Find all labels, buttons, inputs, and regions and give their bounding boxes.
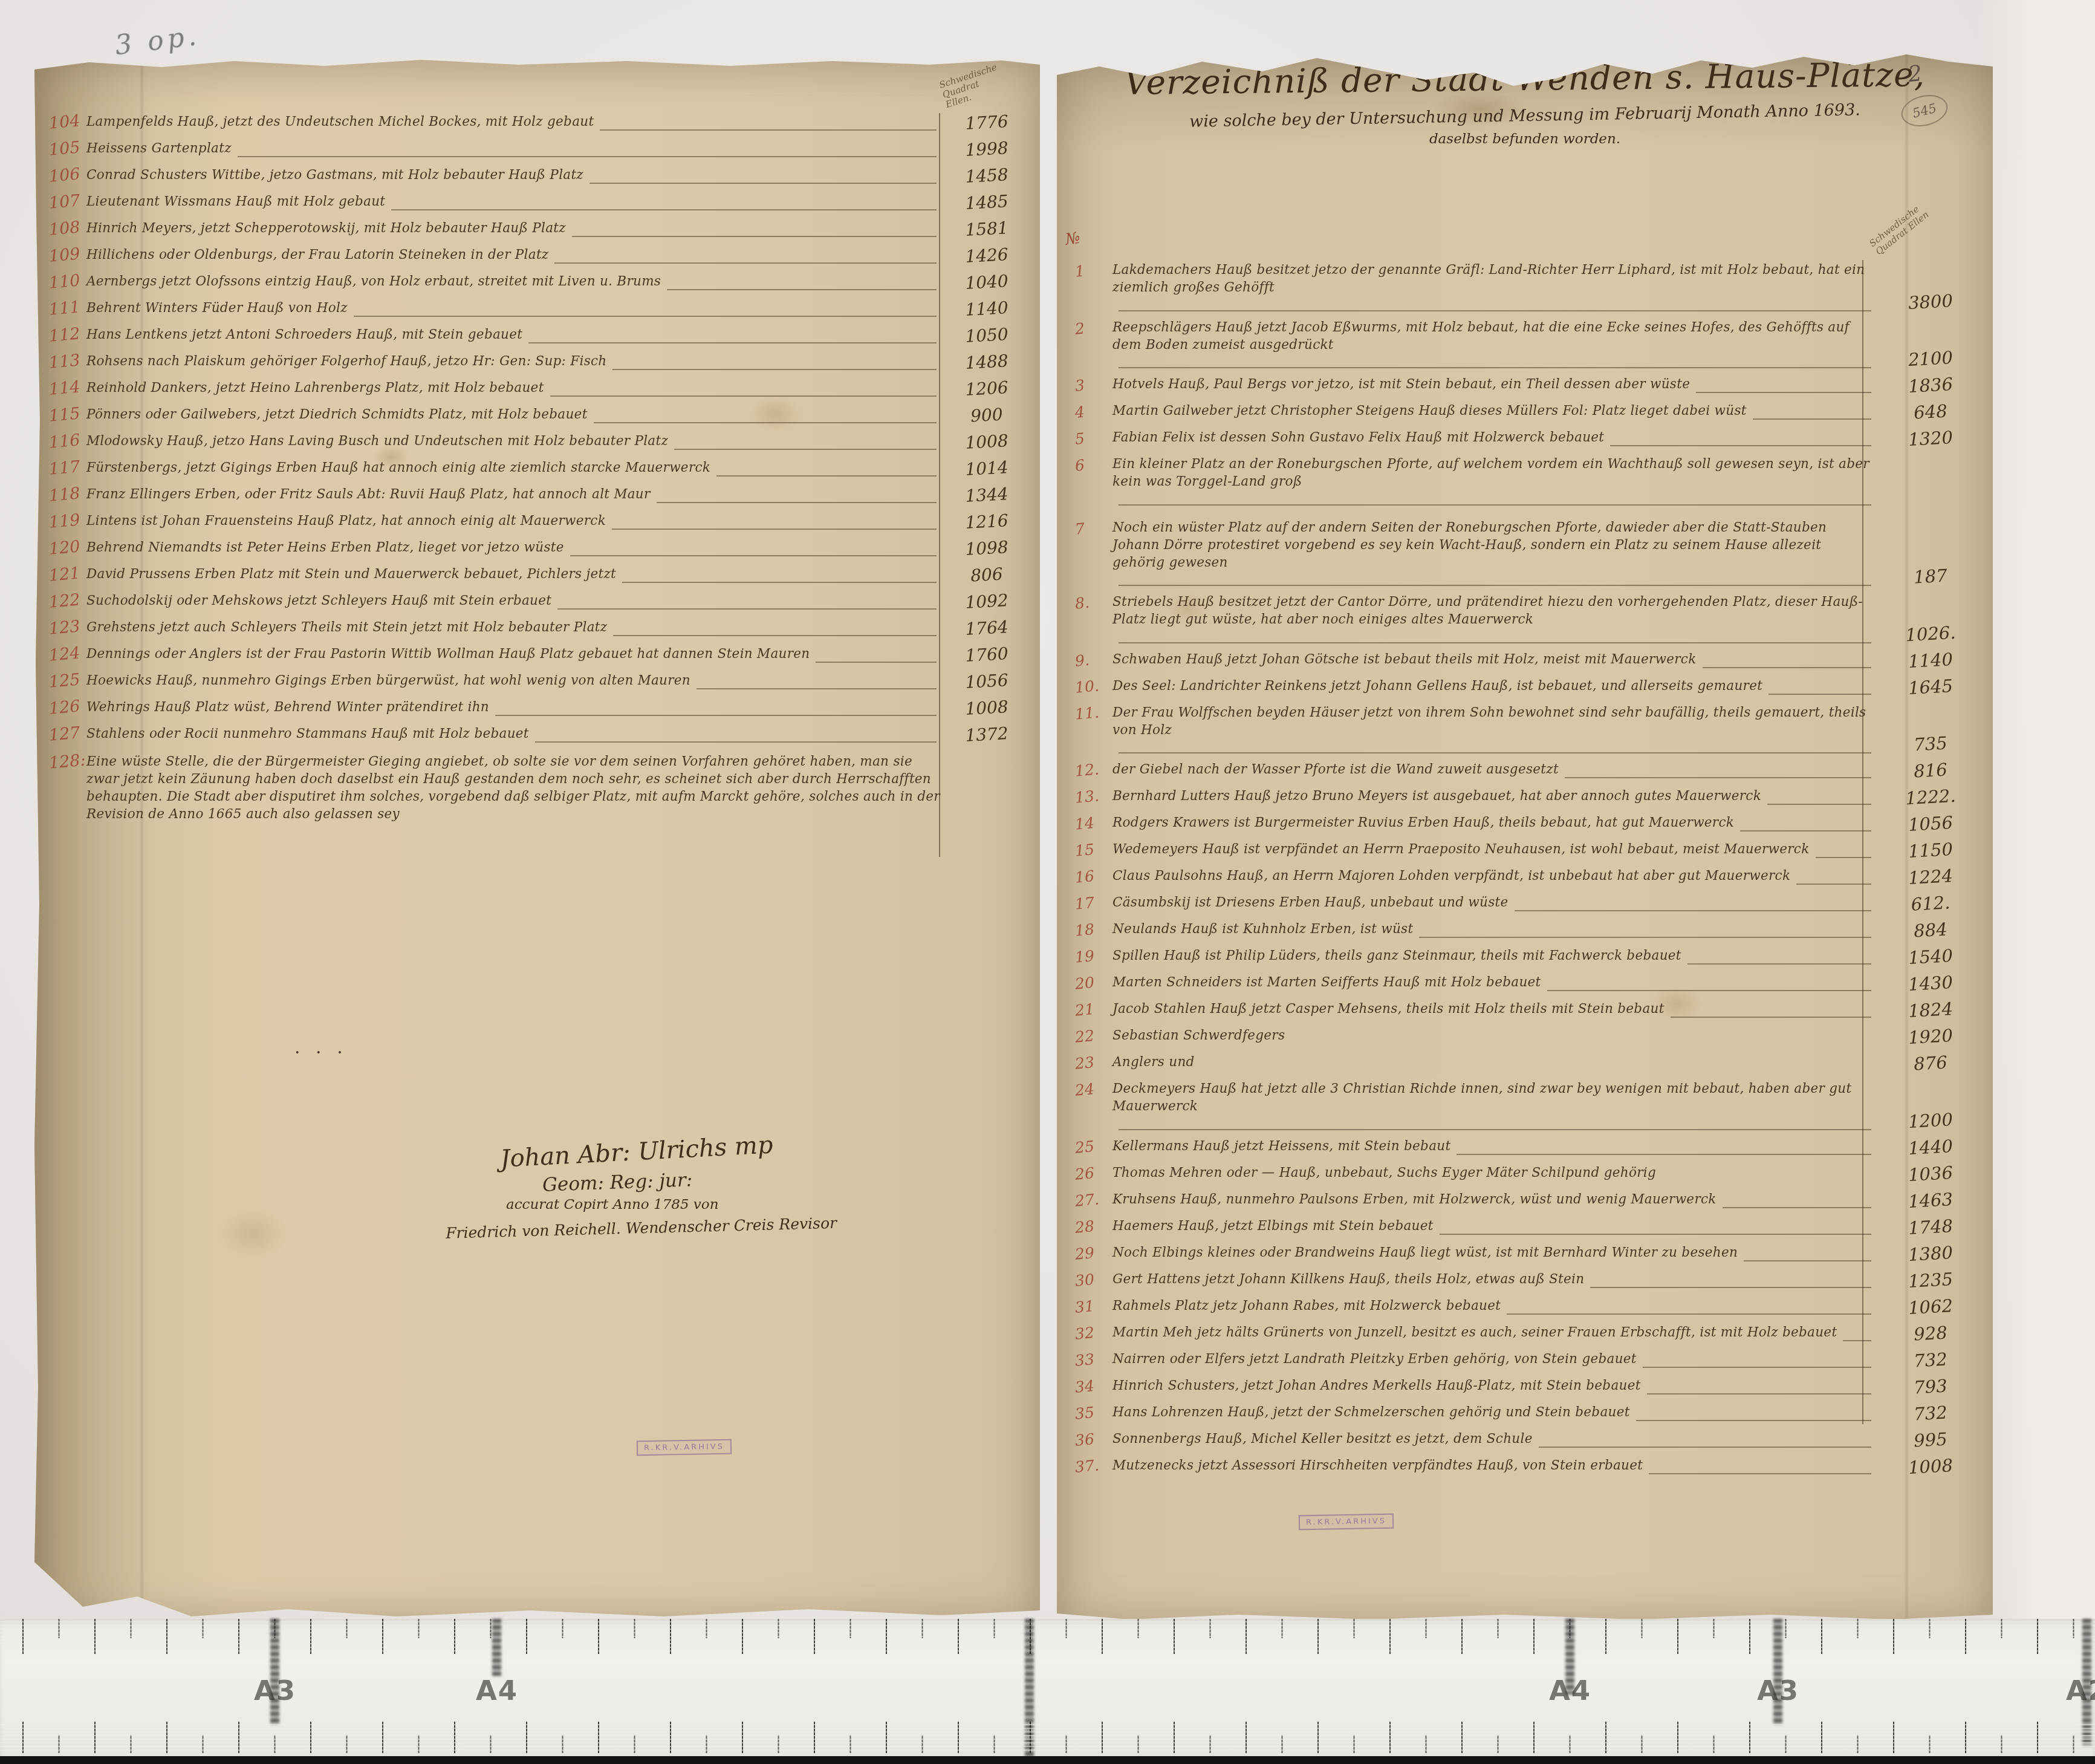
entry-text: Des Seel: Landrichter Reinkens jetzt Joh… bbox=[1112, 677, 1762, 695]
entry-text-wrap: Rodgers Krawers ist Burgermeister Ruvius… bbox=[1112, 814, 1876, 832]
entry-value: 1098 bbox=[941, 536, 1032, 561]
ruler-wear-mark bbox=[492, 1619, 501, 1676]
entry-rule-filler bbox=[1119, 354, 1871, 369]
entry-value: 1026. bbox=[1876, 621, 1985, 646]
entry-value: 1062 bbox=[1876, 1294, 1985, 1319]
entry-value: 876 bbox=[1876, 1051, 1985, 1076]
signature-copy-note: accurat Copirt Anno 1785 von bbox=[506, 1197, 984, 1212]
entry-number: 12. bbox=[1074, 760, 1113, 781]
left-ledger-rows: 104 Lampenfelds Hauß, jetzt des Undeutsc… bbox=[49, 113, 1032, 830]
ledger-row: 17 Cäsumbskij ist Driesens Erben Hauß, u… bbox=[1075, 894, 1985, 913]
ledger-row: 105 Heissens Gartenplatz 1998 bbox=[49, 140, 1032, 159]
ledger-row: 24 Deckmeyers Hauß hat jetzt alle 3 Chri… bbox=[1075, 1080, 1985, 1130]
entry-rule-filler bbox=[1457, 1140, 1871, 1155]
entry-value: 1235 bbox=[1876, 1268, 1985, 1292]
entry-value: 1458 bbox=[941, 164, 1032, 188]
entry-rule-filler bbox=[1740, 817, 1871, 832]
entry-text-wrap: Aernbergs jetzt Olofssons eintzig Hauß, … bbox=[86, 273, 941, 290]
entry-rule-filler bbox=[391, 195, 937, 210]
entry-text-wrap: Kruhsens Hauß, nunmehro Paulsons Erben, … bbox=[1112, 1191, 1876, 1208]
entry-value: 1206 bbox=[941, 377, 1032, 401]
entry-text-wrap: Ein kleiner Platz an der Roneburgschen P… bbox=[1112, 455, 1876, 506]
entry-number: 29 bbox=[1074, 1242, 1113, 1263]
document-title: Verzeichniß der Stadt Wenden s. Haus-Plä… bbox=[1057, 54, 1993, 103]
ledger-row: 33 Nairren oder Elfers jetzt Landrath Pl… bbox=[1075, 1350, 1985, 1370]
entry-value: 995 bbox=[1876, 1427, 1985, 1452]
entry-number: 2 bbox=[1074, 317, 1113, 338]
entry-rule-filler bbox=[1565, 764, 1871, 779]
entry-value: 793 bbox=[1876, 1374, 1985, 1399]
entry-value: 612. bbox=[1876, 891, 1985, 916]
entry-text: Ein kleiner Platz an der Roneburgschen P… bbox=[1112, 455, 1876, 490]
entry-text-wrap: David Prussens Erben Platz mit Stein und… bbox=[86, 565, 941, 583]
entry-text: Dennings oder Anglers ist der Frau Pasto… bbox=[86, 645, 810, 663]
entry-rule-filler bbox=[1816, 844, 1871, 859]
pencil-annotation: 3 op. bbox=[113, 21, 201, 62]
ledger-row: 112 Hans Lentkens jetzt Antoni Schroeder… bbox=[49, 326, 1032, 345]
entry-number: 14 bbox=[1074, 813, 1113, 834]
entry-text: Marten Schneiders ist Marten Seifferts H… bbox=[1112, 974, 1541, 991]
entry-number: 114 bbox=[48, 377, 87, 399]
entry-text: Fabian Felix ist dessen Sohn Gustavo Fel… bbox=[1112, 429, 1604, 446]
entry-value: 1056 bbox=[941, 669, 1032, 694]
ruler-wear-mark bbox=[1565, 1619, 1574, 1694]
entry-text-wrap: Thomas Mehren oder — Hauß, unbebaut, Suc… bbox=[1112, 1164, 1876, 1182]
entry-text: Lakdemachers Hauß besitzet jetzo der gen… bbox=[1112, 261, 1876, 296]
ledger-row: 7 Noch ein wüster Platz auf der andern S… bbox=[1075, 519, 1985, 587]
ledger-row: 3 Hotvels Hauß, Paul Bergs vor jetzo, is… bbox=[1075, 376, 1985, 395]
entry-number: 124 bbox=[48, 643, 87, 665]
entry-text-wrap: Des Seel: Landrichter Reinkens jetzt Joh… bbox=[1112, 677, 1876, 695]
entry-rule-filler bbox=[657, 488, 937, 503]
ledger-row: 20 Marten Schneiders ist Marten Seiffert… bbox=[1075, 974, 1985, 993]
entry-value: 187 bbox=[1876, 564, 1985, 589]
entry-number: 15 bbox=[1074, 839, 1113, 861]
entry-number: 35 bbox=[1074, 1402, 1113, 1423]
ledger-row: 26 Thomas Mehren oder — Hauß, unbebaut, … bbox=[1075, 1164, 1985, 1183]
entry-rule-filler bbox=[1119, 490, 1871, 506]
right-value-column-header: Schwedische Quadrat Ellen bbox=[1868, 201, 1931, 257]
ledger-row: 123 Grehstens jetzt auch Schleyers Theil… bbox=[49, 619, 1032, 638]
entry-value: 1040 bbox=[941, 270, 1032, 295]
entry-value: 648 bbox=[1876, 399, 1985, 424]
entry-number: 3 bbox=[1074, 374, 1113, 395]
entry-text: Mutzenecks jetzt Assessori Hirschheiten … bbox=[1112, 1457, 1643, 1474]
entry-text-wrap: Fabian Felix ist dessen Sohn Gustavo Fel… bbox=[1112, 429, 1876, 446]
entry-rule-filler bbox=[1119, 296, 1871, 311]
entry-text-wrap: Wehrings Hauß Platz wüst, Behrend Winter… bbox=[86, 698, 941, 716]
entry-text: Grehstens jetzt auch Schleyers Theils mi… bbox=[86, 619, 607, 636]
entry-text: Hans Lohrenzen Hauß, jetzt der Schmelzer… bbox=[1112, 1404, 1630, 1421]
entry-value: 806 bbox=[941, 563, 1032, 587]
entry-text-wrap: Lieutenant Wissmans Hauß mit Holz gebaut bbox=[86, 193, 941, 210]
ledger-row: 124 Dennings oder Anglers ist der Frau P… bbox=[49, 645, 1032, 665]
entry-value: 1748 bbox=[1876, 1214, 1985, 1239]
ledger-row: 11. Der Frau Wolffschen beyden Häuser je… bbox=[1075, 704, 1985, 754]
entry-value: 1998 bbox=[941, 137, 1032, 161]
entry-text-wrap: Noch ein wüster Platz auf der andern Sei… bbox=[1112, 519, 1876, 587]
entry-rule-filler bbox=[554, 249, 937, 264]
entry-text-wrap: Hoewicks Hauß, nunmehro Gigings Erben bü… bbox=[86, 672, 941, 689]
entry-number: 125 bbox=[48, 670, 87, 691]
entry-text: Neulands Hauß ist Kuhnholz Erben, ist wü… bbox=[1112, 920, 1413, 938]
entry-text-wrap: Jacob Stahlen Hauß jetzt Casper Mehsens,… bbox=[1112, 1000, 1876, 1018]
ledger-row: 10. Des Seel: Landrichter Reinkens jetzt… bbox=[1075, 677, 1985, 697]
entry-value: 1344 bbox=[941, 483, 1032, 507]
entry-text-wrap: Conrad Schusters Wittibe, jetzo Gastmans… bbox=[86, 166, 941, 184]
entry-rule-filler bbox=[570, 541, 937, 556]
ledger-row: 18 Neulands Hauß ist Kuhnholz Erben, ist… bbox=[1075, 920, 1985, 940]
entry-number: 19 bbox=[1074, 946, 1113, 967]
entry-text: Bernhard Lutters Hauß jetzo Bruno Meyers… bbox=[1112, 787, 1761, 805]
entry-value: 1488 bbox=[941, 350, 1032, 374]
entry-text-wrap: Anglers und bbox=[1112, 1053, 1876, 1071]
entry-rule-filler bbox=[1649, 1459, 1871, 1474]
entry-text-wrap: Gert Hattens jetzt Johann Killkens Hauß,… bbox=[1112, 1271, 1876, 1288]
ledger-row: 115 Pönners oder Gailwebers, jetzt Diedr… bbox=[49, 406, 1032, 425]
entry-text-wrap: Schwaben Hauß jetzt Johan Götsche ist be… bbox=[1112, 651, 1876, 668]
entry-rule-filler bbox=[1753, 405, 1871, 420]
ledger-row: 12. der Giebel nach der Wasser Pforte is… bbox=[1075, 761, 1985, 780]
entry-text-wrap: Hillichens oder Oldenburgs, der Frau Lat… bbox=[86, 246, 941, 264]
ledger-row: 22 Sebastian Schwerdfegers 1920 bbox=[1075, 1027, 1985, 1046]
closing-dots: · · · bbox=[294, 1042, 348, 1063]
entry-number: 11. bbox=[1074, 702, 1113, 723]
number-column-header: № bbox=[1064, 229, 1082, 249]
ledger-row: 8. Striebels Hauß besitzet jetzt der Can… bbox=[1075, 593, 1985, 643]
entry-text: Hinrich Meyers, jetzt Schepperotowskij, … bbox=[86, 220, 566, 237]
entry-text-wrap: Nairren oder Elfers jetzt Landrath Pleit… bbox=[1112, 1350, 1876, 1368]
entry-rule-filler bbox=[495, 701, 937, 716]
entry-number: 21 bbox=[1074, 999, 1113, 1020]
entry-text: Eine wüste Stelle, die der Bürgermeister… bbox=[86, 753, 941, 823]
entry-text: Wedemeyers Hauß ist verpfändet an Herrn … bbox=[1112, 841, 1810, 858]
entry-text: Hinrich Schusters, jetzt Johan Andres Me… bbox=[1112, 1377, 1641, 1395]
entry-text-wrap: Hans Lentkens jetzt Antoni Schroeders Ha… bbox=[86, 326, 941, 343]
entry-text: Noch Elbings kleines oder Brandweins Hau… bbox=[1112, 1244, 1738, 1261]
ledger-row: 23 Anglers und 876 bbox=[1075, 1053, 1985, 1073]
ledger-row: 21 Jacob Stahlen Hauß jetzt Casper Mehse… bbox=[1075, 1000, 1985, 1020]
ledger-row: 118 Franz Ellingers Erben, oder Fritz Sa… bbox=[49, 486, 1032, 505]
entry-number: 111 bbox=[48, 298, 87, 319]
entry-number: 9. bbox=[1074, 649, 1113, 670]
entry-value: 1050 bbox=[941, 324, 1032, 348]
format-label-a4-left: A4 bbox=[476, 1674, 518, 1707]
entry-rule-filler bbox=[1723, 1193, 1871, 1208]
entry-rule-filler bbox=[1796, 870, 1871, 885]
entry-text: Aernbergs jetzt Olofssons eintzig Hauß, … bbox=[86, 273, 661, 290]
entry-text-wrap: Deckmeyers Hauß hat jetzt alle 3 Christi… bbox=[1112, 1080, 1876, 1130]
entry-text: Fürstenbergs, jetzt Gigings Erben Hauß h… bbox=[86, 459, 710, 477]
entry-rule-filler bbox=[674, 435, 937, 450]
left-value-column-header: Schwedische Quadrat Ellen. bbox=[938, 62, 1005, 110]
ledger-row: 32 Martin Meh jetz hälts Grünerts von Ju… bbox=[1075, 1324, 1985, 1343]
entry-value: 1836 bbox=[1876, 373, 1985, 397]
entry-rule-filler bbox=[1547, 977, 1872, 992]
entry-text-wrap: Lampenfelds Hauß, jetzt des Undeutschen … bbox=[86, 113, 941, 131]
entry-text-wrap: Noch Elbings kleines oder Brandweins Hau… bbox=[1112, 1244, 1876, 1261]
ledger-row: 19 Spillen Hauß ist Philip Lüders, theil… bbox=[1075, 947, 1985, 966]
entry-text: Striebels Hauß besitzet jetzt der Cantor… bbox=[1112, 593, 1876, 628]
ledger-row: 125 Hoewicks Hauß, nunmehro Gigings Erbe… bbox=[49, 672, 1032, 691]
entry-text: Noch ein wüster Platz auf der andern Sei… bbox=[1112, 519, 1876, 571]
title-block: Verzeichniß der Stadt Wenden s. Haus-Plä… bbox=[1057, 59, 1993, 147]
entry-value: 1014 bbox=[941, 457, 1032, 481]
entry-value: 1581 bbox=[941, 217, 1032, 241]
entry-value: 1372 bbox=[941, 723, 1032, 747]
entry-text: Martin Gailweber jetzt Christopher Steig… bbox=[1112, 402, 1747, 420]
left-page: Schwedische Quadrat Ellen. 104 Lampenfel… bbox=[34, 57, 1040, 1618]
entry-value: 1824 bbox=[1876, 998, 1985, 1023]
entry-text: Kellermans Hauß jetzt Heissens, mit Stei… bbox=[1112, 1137, 1450, 1155]
entry-value: 1008 bbox=[1876, 1454, 1985, 1479]
entry-number: 28 bbox=[1074, 1216, 1113, 1237]
right-ledger-rows: 1 Lakdemachers Hauß besitzet jetzo der g… bbox=[1075, 261, 1985, 1483]
entry-text: Rahmels Platz jetz Johann Rabes, mit Hol… bbox=[1112, 1297, 1501, 1315]
entry-number: 13. bbox=[1074, 786, 1113, 807]
paper-format-ruler: A3 A4 A4 A3 A2 bbox=[0, 1619, 2095, 1764]
entry-text-wrap: Sebastian Schwerdfegers bbox=[1112, 1027, 1876, 1044]
entry-value: 1440 bbox=[1876, 1134, 1985, 1159]
entry-text: Lampenfelds Hauß, jetzt des Undeutschen … bbox=[86, 113, 594, 131]
entry-value: 1140 bbox=[1876, 648, 1985, 672]
entry-text-wrap: Fürstenbergs, jetzt Gigings Erben Hauß h… bbox=[86, 459, 941, 477]
ledger-row: 109 Hillichens oder Oldenburgs, der Frau… bbox=[49, 246, 1032, 265]
entry-rule-filler bbox=[528, 328, 937, 343]
entry-rule-filler bbox=[1119, 1115, 1871, 1130]
entry-text-wrap: Neulands Hauß ist Kuhnholz Erben, ist wü… bbox=[1112, 920, 1876, 938]
scanner-bed bbox=[1980, 0, 2095, 1627]
entry-text: Spillen Hauß ist Philip Lüders, theils g… bbox=[1112, 947, 1681, 965]
entry-number: 22 bbox=[1074, 1026, 1113, 1047]
entry-text: Conrad Schusters Wittibe, jetzo Gastmans… bbox=[86, 166, 583, 184]
entry-rule-filler bbox=[1687, 950, 1871, 965]
entry-value: 884 bbox=[1876, 918, 1985, 943]
entry-value: 1776 bbox=[941, 111, 1032, 135]
entry-number: 104 bbox=[48, 111, 87, 132]
ledger-row: 13. Bernhard Lutters Hauß jetzo Bruno Me… bbox=[1075, 787, 1985, 807]
entry-rule-filler bbox=[667, 275, 937, 290]
entry-number: 33 bbox=[1074, 1349, 1113, 1370]
ledger-row: 119 Lintens ist Johan Frauensteins Hauß … bbox=[49, 512, 1032, 532]
entry-text: Lieutenant Wissmans Hauß mit Holz gebaut bbox=[86, 193, 385, 210]
entry-number: 1 bbox=[1074, 259, 1113, 281]
entry-text-wrap: Rohsens nach Plaiskum gehöriger Folgerho… bbox=[86, 353, 941, 370]
entry-number: 119 bbox=[48, 510, 87, 532]
entry-number: 20 bbox=[1074, 972, 1113, 994]
entry-number: 126 bbox=[48, 697, 87, 718]
ledger-row: 108 Hinrich Meyers, jetzt Schepperotowsk… bbox=[49, 220, 1032, 239]
entry-text: Schwaben Hauß jetzt Johan Götsche ist be… bbox=[1112, 651, 1697, 668]
entry-rule-filler bbox=[572, 222, 937, 237]
entry-value: 816 bbox=[1876, 758, 1985, 783]
entry-value: 1008 bbox=[941, 430, 1032, 454]
ledger-row: 117 Fürstenbergs, jetzt Gigings Erben Ha… bbox=[49, 459, 1032, 478]
ledger-row: 36 Sonnenbergs Hauß, Michel Keller besit… bbox=[1075, 1430, 1985, 1450]
ledger-row: 122 Suchodolskij oder Mehskows jetzt Sch… bbox=[49, 592, 1032, 611]
entry-value: 1540 bbox=[1876, 945, 1985, 969]
entry-number: 10. bbox=[1074, 675, 1113, 697]
entry-number: 30 bbox=[1074, 1269, 1113, 1290]
entry-text: Anglers und bbox=[1112, 1053, 1195, 1071]
entry-text: Haemers Hauß, jetzt Elbings mit Stein be… bbox=[1112, 1217, 1434, 1235]
entry-number: 107 bbox=[48, 191, 87, 212]
entry-value: 1485 bbox=[941, 190, 1032, 215]
ledger-row: 28 Haemers Hauß, jetzt Elbings mit Stein… bbox=[1075, 1217, 1985, 1237]
ruler-wear-mark bbox=[2082, 1619, 2091, 1746]
ruler-center-mark bbox=[1025, 1619, 1034, 1758]
entry-rule-filler bbox=[1440, 1220, 1871, 1235]
ledger-row: 31 Rahmels Platz jetz Johann Rabes, mit … bbox=[1075, 1297, 1985, 1316]
entry-number: 128: bbox=[48, 751, 87, 772]
entry-value: 1760 bbox=[941, 643, 1032, 667]
entry-rule-filler bbox=[1647, 1379, 1871, 1395]
entry-text-wrap: der Giebel nach der Wasser Pforte ist di… bbox=[1112, 761, 1876, 778]
entry-rule-filler bbox=[238, 142, 937, 157]
ledger-row: 30 Gert Hattens jetzt Johann Killkens Ha… bbox=[1075, 1271, 1985, 1290]
entry-value: 1036 bbox=[1876, 1161, 1985, 1186]
entry-rule-filler bbox=[1696, 379, 1871, 394]
entry-text-wrap: Martin Gailweber jetzt Christopher Steig… bbox=[1112, 402, 1876, 420]
entry-rule-filler bbox=[1539, 1433, 1871, 1448]
entry-number: 123 bbox=[48, 617, 87, 638]
entry-value: 1222. bbox=[1876, 785, 1985, 810]
entry-text: Stahlens oder Rocii nunmehro Stammans Ha… bbox=[86, 725, 529, 743]
ruler-ticks-bottom bbox=[0, 1722, 2095, 1753]
entry-rule-filler bbox=[1610, 432, 1871, 447]
entry-value: 1200 bbox=[1876, 1108, 1985, 1133]
entry-number: 108 bbox=[48, 218, 87, 239]
entry-number: 24 bbox=[1074, 1079, 1113, 1100]
entry-value: 900 bbox=[941, 403, 1032, 428]
entry-number: 105 bbox=[48, 138, 87, 159]
entry-rule-filler bbox=[1703, 653, 1872, 668]
entry-number: 109 bbox=[48, 244, 87, 265]
entry-text-wrap: Lakdemachers Hauß besitzet jetzo der gen… bbox=[1112, 261, 1876, 311]
entry-text: Jacob Stahlen Hauß jetzt Casper Mehsens,… bbox=[1112, 1000, 1665, 1018]
entry-value: 1380 bbox=[1876, 1241, 1985, 1266]
entry-text-wrap: Bernhard Lutters Hauß jetzo Bruno Meyers… bbox=[1112, 787, 1876, 805]
ledger-row: 5 Fabian Felix ist dessen Sohn Gustavo F… bbox=[1075, 429, 1985, 448]
entry-number: 122 bbox=[48, 590, 87, 611]
entry-text: Suchodolskij oder Mehskows jetzt Schleye… bbox=[86, 592, 551, 610]
entry-text: Behrend Niemandts ist Peter Heins Erben … bbox=[86, 539, 564, 556]
entry-text: Der Frau Wolffschen beyden Häuser jetzt … bbox=[1112, 704, 1876, 739]
entry-rule-filler bbox=[354, 302, 937, 317]
entry-rule-filler bbox=[613, 621, 937, 636]
ledger-row: 111 Behrent Winters Füder Hauß von Holz … bbox=[49, 299, 1032, 319]
entry-number: 34 bbox=[1074, 1375, 1113, 1396]
entry-text: Sebastian Schwerdfegers bbox=[1112, 1027, 1285, 1044]
entry-text-wrap: Wedemeyers Hauß ist verpfändet an Herrn … bbox=[1112, 841, 1876, 858]
ledger-row: 37. Mutzenecks jetzt Assessori Hirschhei… bbox=[1075, 1457, 1985, 1476]
ledger-row: 113 Rohsens nach Plaiskum gehöriger Folg… bbox=[49, 353, 1032, 372]
entry-rule-filler bbox=[1119, 571, 1871, 587]
entry-number: 8. bbox=[1074, 592, 1113, 613]
entry-rule-filler bbox=[697, 674, 937, 689]
entry-text: Cäsumbskij ist Driesens Erben Hauß, unbe… bbox=[1112, 894, 1509, 911]
ledger-row: 106 Conrad Schusters Wittibe, jetzo Gast… bbox=[49, 166, 1032, 186]
entry-rule-filler bbox=[535, 727, 937, 743]
entry-text-wrap: Spillen Hauß ist Philip Lüders, theils g… bbox=[1112, 947, 1876, 965]
entry-text: Behrent Winters Füder Hauß von Holz bbox=[86, 299, 348, 317]
signature-block: Johan Abr: Ulrichs mp Geom: Reg: jur: ac… bbox=[500, 1133, 984, 1235]
entry-text: Hans Lentkens jetzt Antoni Schroeders Ha… bbox=[86, 326, 522, 343]
ledger-row: 126 Wehrings Hauß Platz wüst, Behrend Wi… bbox=[49, 698, 1032, 718]
entry-value: 1430 bbox=[1876, 971, 1985, 996]
ledger-row: 114 Reinhold Dankers, jetzt Heino Lahren… bbox=[49, 379, 1032, 399]
entry-number: 113 bbox=[48, 351, 87, 372]
entry-value: 1645 bbox=[1876, 674, 1985, 699]
entry-value: 1764 bbox=[941, 616, 1032, 640]
entry-text: Nairren oder Elfers jetzt Landrath Pleit… bbox=[1112, 1350, 1637, 1368]
entry-text: Hillichens oder Oldenburgs, der Frau Lat… bbox=[86, 246, 548, 264]
entry-text: David Prussens Erben Platz mit Stein und… bbox=[86, 565, 616, 583]
ledger-row: 27. Kruhsens Hauß, nunmehro Paulsons Erb… bbox=[1075, 1191, 1985, 1210]
entry-number: 6 bbox=[1074, 454, 1113, 475]
ledger-row: 6 Ein kleiner Platz an der Roneburgschen… bbox=[1075, 455, 1985, 506]
entry-number: 23 bbox=[1074, 1052, 1113, 1073]
ledger-row: 15 Wedemeyers Hauß ist verpfändet an Her… bbox=[1075, 841, 1985, 860]
entry-rule-filler bbox=[1119, 628, 1871, 643]
entry-text-wrap: Heissens Gartenplatz bbox=[86, 140, 941, 157]
ledger-row: 34 Hinrich Schusters, jetzt Johan Andres… bbox=[1075, 1377, 1985, 1396]
entry-text-wrap: Hotvels Hauß, Paul Bergs vor jetzo, ist … bbox=[1112, 376, 1876, 393]
entry-text-wrap: Hinrich Schusters, jetzt Johan Andres Me… bbox=[1112, 1377, 1876, 1395]
entry-rule-filler bbox=[1636, 1406, 1871, 1421]
entry-rule-filler bbox=[612, 355, 937, 370]
entry-number: 32 bbox=[1074, 1322, 1113, 1343]
entry-rule-filler bbox=[1419, 923, 1871, 939]
entry-number: 4 bbox=[1074, 400, 1113, 421]
entry-text-wrap: Kellermans Hauß jetzt Heissens, mit Stei… bbox=[1112, 1137, 1876, 1155]
entry-text: Gert Hattens jetzt Johann Killkens Hauß,… bbox=[1112, 1271, 1584, 1288]
ledger-row: 9. Schwaben Hauß jetzt Johan Götsche ist… bbox=[1075, 651, 1985, 670]
entry-rule-filler bbox=[594, 408, 937, 423]
entry-value: 1056 bbox=[1876, 812, 1985, 836]
ledger-row: 16 Claus Paulsohns Hauß, an Herrn Majore… bbox=[1075, 867, 1985, 887]
ledger-row: 120 Behrend Niemandts ist Peter Heins Er… bbox=[49, 539, 1032, 558]
entry-number: 18 bbox=[1074, 919, 1113, 940]
entry-number: 115 bbox=[48, 404, 87, 425]
entry-text-wrap: Martin Meh jetz hälts Grünerts von Junze… bbox=[1112, 1324, 1876, 1341]
entry-value bbox=[941, 821, 1032, 825]
entry-text: Reinhold Dankers, jetzt Heino Lahrenberg… bbox=[86, 379, 544, 397]
entry-rule-filler bbox=[622, 568, 937, 583]
entry-text: Rodgers Krawers ist Burgermeister Ruvius… bbox=[1112, 814, 1734, 832]
entry-text-wrap: Mutzenecks jetzt Assessori Hirschheiten … bbox=[1112, 1457, 1876, 1474]
entry-number: 120 bbox=[48, 537, 87, 558]
archive-stamp: R.KR.V.ARHIVS bbox=[637, 1439, 732, 1456]
entry-rule-filler bbox=[557, 594, 937, 610]
entry-number: 117 bbox=[48, 457, 87, 478]
entry-number: 7 bbox=[1074, 517, 1113, 538]
document-subtitle-2: daselbst befunden worden. bbox=[1057, 131, 1993, 147]
entry-rule-filler bbox=[1767, 790, 1871, 806]
entry-text-wrap: Der Frau Wolffschen beyden Häuser jetzt … bbox=[1112, 704, 1876, 754]
entry-text: Claus Paulsohns Hauß, an Herrn Majoren L… bbox=[1112, 867, 1790, 885]
ledger-row: 2 Reepschlägers Hauß jetzt Jacob Eßwurms… bbox=[1075, 319, 1985, 369]
entry-text-wrap: Pönners oder Gailwebers, jetzt Diedrich … bbox=[86, 406, 941, 423]
ruler-wear-mark bbox=[1773, 1619, 1782, 1725]
entry-text: Martin Meh jetz hälts Grünerts von Junze… bbox=[1112, 1324, 1837, 1341]
entry-text-wrap: Reepschlägers Hauß jetzt Jacob Eßwurms, … bbox=[1112, 319, 1876, 369]
entry-number: 17 bbox=[1074, 893, 1113, 914]
entry-value: 732 bbox=[1876, 1347, 1985, 1372]
entry-text-wrap: Sonnenbergs Hauß, Michel Keller besitzt … bbox=[1112, 1430, 1876, 1448]
entry-text-wrap: Cäsumbskij ist Driesens Erben Hauß, unbe… bbox=[1112, 894, 1876, 911]
entry-rule-filler bbox=[612, 515, 937, 530]
